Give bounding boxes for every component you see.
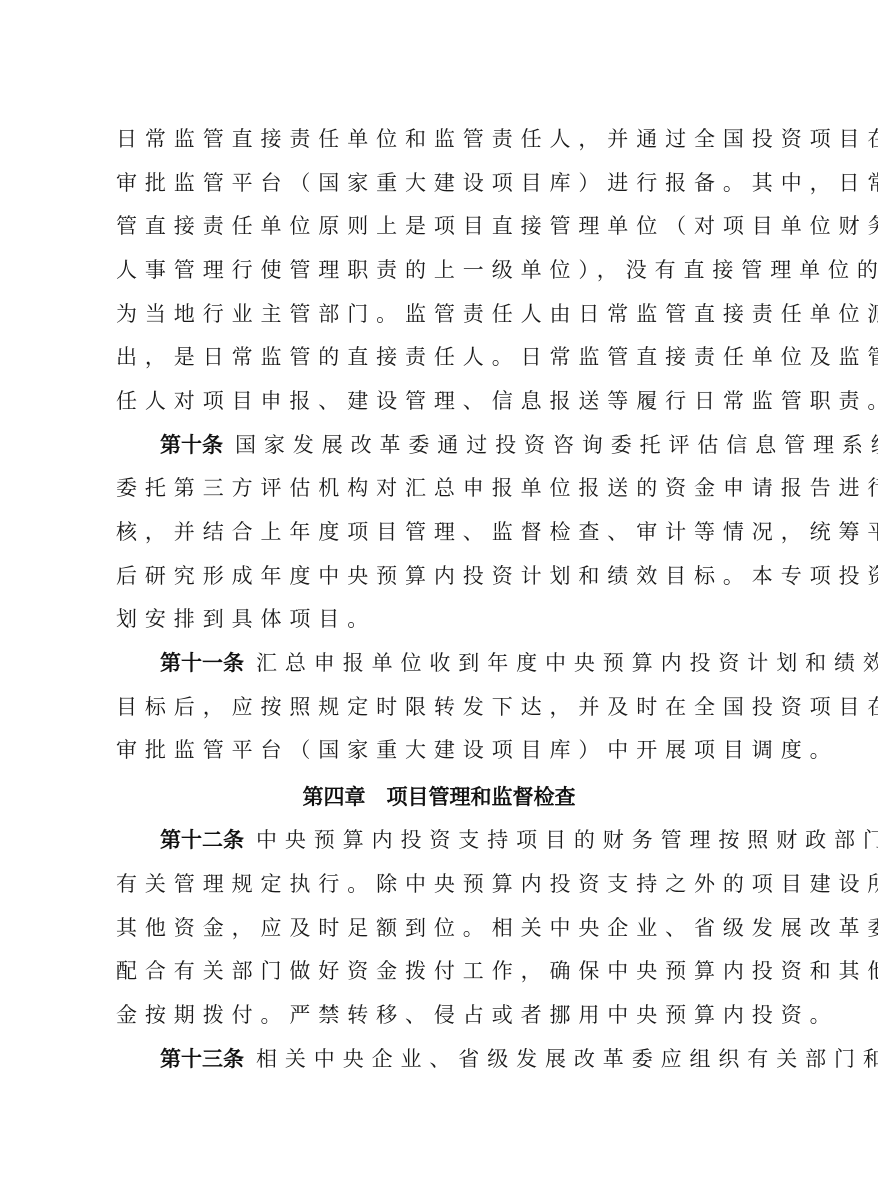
text-segment: 汇总申报单位收到年度中央预算内投资计划和绩效 <box>256 651 878 675</box>
text-line: 任人对项目申报、建设管理、信息报送等履行日常监管职责。 <box>116 386 766 416</box>
text-line: 核，并结合上年度项目管理、监督检查、审计等情况，统筹平衡 <box>116 517 766 547</box>
article-label: 第十条 <box>160 433 223 457</box>
text-line: 人事管理行使管理职责的上一级单位），没有直接管理单位的则 <box>116 255 766 285</box>
text-line: 有关管理规定执行。除中央预算内投资支持之外的项目建设所需 <box>116 869 766 899</box>
text-line: 金按期拨付。严禁转移、侵占或者挪用中央预算内投资。 <box>116 1000 766 1030</box>
text-line: 其他资金，应及时足额到位。相关中央企业、省级发展改革委要 <box>116 913 766 943</box>
article-first-line: 第十三条相关中央企业、省级发展改革委应组织有关部门和 <box>160 1044 766 1074</box>
article-first-line: 第十一条汇总申报单位收到年度中央预算内投资计划和绩效 <box>160 648 766 678</box>
text-line: 审批监管平台（国家重大建设项目库）进行报备。其中，日常监 <box>116 168 766 198</box>
article-first-line: 第十二条中央预算内投资支持项目的财务管理按照财政部门 <box>160 825 766 855</box>
text-segment: 中央预算内投资支持项目的财务管理按照财政部门 <box>256 828 878 852</box>
text-line: 出，是日常监管的直接责任人。日常监管直接责任单位及监管责 <box>116 342 766 372</box>
article-first-line: 第十条国家发展改革委通过投资咨询委托评估信息管理系统 <box>160 430 766 460</box>
text-line: 为当地行业主管部门。监管责任人由日常监管直接责任单位派 <box>116 299 766 329</box>
text-segment: 相关中央企业、省级发展改革委应组织有关部门和 <box>256 1047 878 1071</box>
text-line: 管直接责任单位原则上是项目直接管理单位（对项目单位财务或 <box>116 211 766 241</box>
article-label: 第十一条 <box>160 651 244 675</box>
text-line: 配合有关部门做好资金拨付工作，确保中央预算内投资和其他资 <box>116 956 766 986</box>
article-label: 第十三条 <box>160 1047 244 1071</box>
document-page: 日常监管直接责任单位和监管责任人，并通过全国投资项目在线 审批监管平台（国家重大… <box>0 0 878 1181</box>
text-line: 目标后，应按照规定时限转发下达，并及时在全国投资项目在线 <box>116 692 766 722</box>
text-segment: 国家发展改革委通过投资咨询委托评估信息管理系统 <box>235 433 878 457</box>
text-line: 后研究形成年度中央预算内投资计划和绩效目标。本专项投资计 <box>116 561 766 591</box>
chapter-heading: 第四章 项目管理和监督检查 <box>0 782 878 812</box>
text-line: 划安排到具体项目。 <box>116 604 766 634</box>
text-line: 审批监管平台（国家重大建设项目库）中开展项目调度。 <box>116 735 766 765</box>
text-line: 委托第三方评估机构对汇总申报单位报送的资金申请报告进行审 <box>116 473 766 503</box>
article-label: 第十二条 <box>160 828 244 852</box>
text-line: 日常监管直接责任单位和监管责任人，并通过全国投资项目在线 <box>116 124 766 154</box>
